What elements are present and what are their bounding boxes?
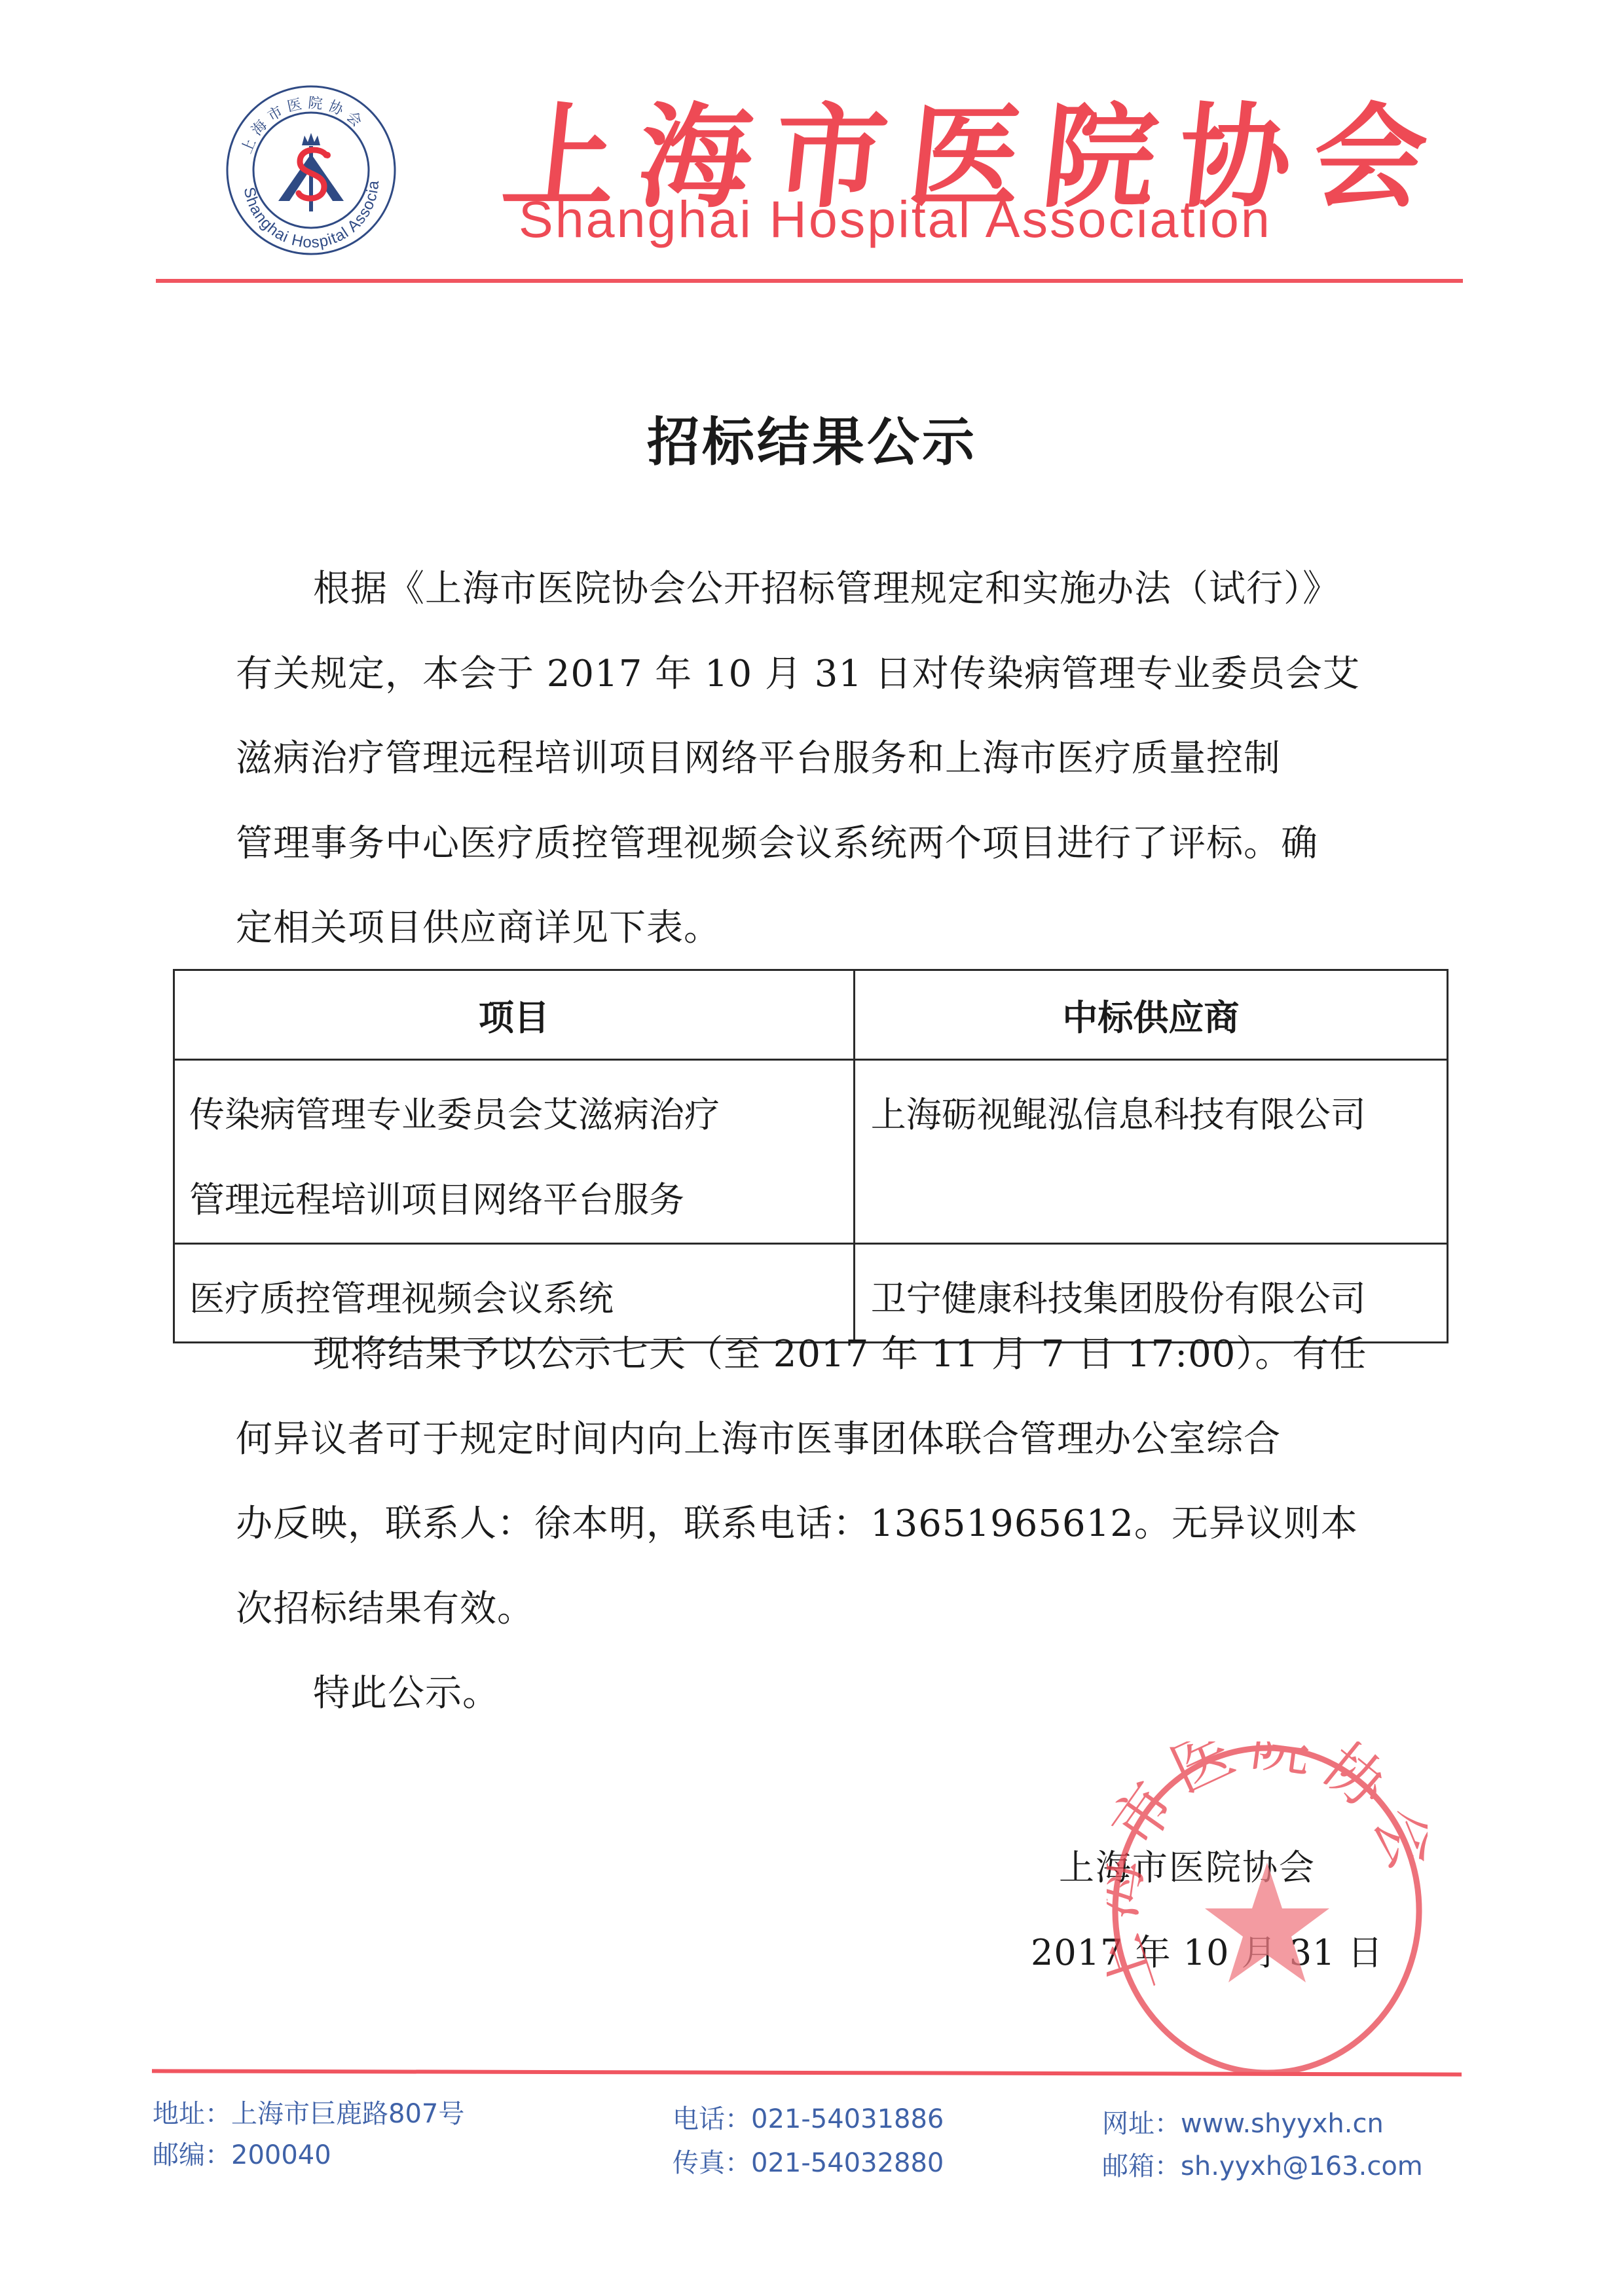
footer-address: 地址：上海市巨鹿路807号	[153, 2098, 464, 2130]
signature-org: 上海市医院协会	[1059, 1840, 1316, 1890]
signature-date: 2017 年 10 月 31 日	[1031, 1925, 1384, 1975]
official-seal: 上海市医院协会	[1107, 1741, 1428, 2082]
footer-divider	[152, 2069, 1462, 2076]
footer-phone: 电话：021-54031886	[673, 2104, 944, 2135]
footer-email[interactable]: 邮箱：sh.yyxh@163.com	[1102, 2151, 1423, 2182]
intro-line: 根据《上海市医院协会公开招标管理规定和实施办法（试行）》	[236, 547, 1375, 632]
table-header-row: 项目 中标供应商	[174, 970, 1448, 1060]
closing-line: 特此公示。	[236, 1651, 1375, 1736]
seal-star-icon: 上海市医院协会	[1107, 1741, 1428, 2082]
notice-line: 办反映，联系人：徐本明，联系电话：13651965612。无异议则本	[236, 1482, 1375, 1567]
intro-line: 管理事务中心医疗质控管理视频会议系统两个项目进行了评标。确	[236, 801, 1375, 886]
project-cell: 传染病管理专业委员会艾滋病治疗 管理远程培训项目网络平台服务	[174, 1060, 855, 1244]
bid-results-table: 项目 中标供应商 传染病管理专业委员会艾滋病治疗 管理远程培训项目网络平台服务 …	[173, 969, 1449, 1343]
supplier-name: 上海砺视鲲泓信息科技有限公司	[871, 1072, 1436, 1157]
intro-line: 有关规定，本会于 2017 年 10 月 31 日对传染病管理专业委员会艾	[236, 632, 1375, 717]
document-title: 招标结果公示	[0, 409, 1624, 475]
notice-paragraph: 现将结果予以公示七天（至 2017 年 11 月 7 日 17:00）。有任 何…	[236, 1312, 1375, 1736]
project-line: 传染病管理专业委员会艾滋病治疗	[189, 1072, 840, 1157]
notice-line: 何异议者可于规定时间内向上海市医事团体联合管理办公室综合	[236, 1397, 1375, 1482]
header-divider	[156, 279, 1463, 283]
footer-postcode: 邮编：200040	[153, 2140, 331, 2171]
header-project: 项目	[174, 970, 855, 1060]
logo-emblem-icon: 上海市医院协会 Shanghai Hospital Association	[223, 82, 399, 259]
supplier-cell: 上海砺视鲲泓信息科技有限公司	[854, 1060, 1447, 1244]
org-name-english: Shanghai Hospital Association	[519, 190, 1272, 249]
project-line: 管理远程培训项目网络平台服务	[189, 1157, 840, 1243]
notice-line: 次招标结果有效。	[236, 1567, 1375, 1652]
table-row: 传染病管理专业委员会艾滋病治疗 管理远程培训项目网络平台服务 上海砺视鲲泓信息科…	[174, 1060, 1448, 1244]
footer-website[interactable]: 网址：www.shyyxh.cn	[1102, 2108, 1384, 2140]
association-logo: 上海市医院协会 Shanghai Hospital Association	[223, 82, 399, 259]
footer-fax: 传真：021-54032880	[673, 2147, 944, 2179]
intro-paragraph: 根据《上海市医院协会公开招标管理规定和实施办法（试行）》 有关规定，本会于 20…	[236, 547, 1375, 971]
intro-line: 滋病治疗管理远程培训项目网络平台服务和上海市医疗质量控制	[236, 716, 1375, 801]
notice-line: 现将结果予以公示七天（至 2017 年 11 月 7 日 17:00）。有任	[236, 1312, 1375, 1397]
header-supplier: 中标供应商	[854, 970, 1447, 1060]
intro-line: 定相关项目供应商详见下表。	[236, 886, 1375, 971]
